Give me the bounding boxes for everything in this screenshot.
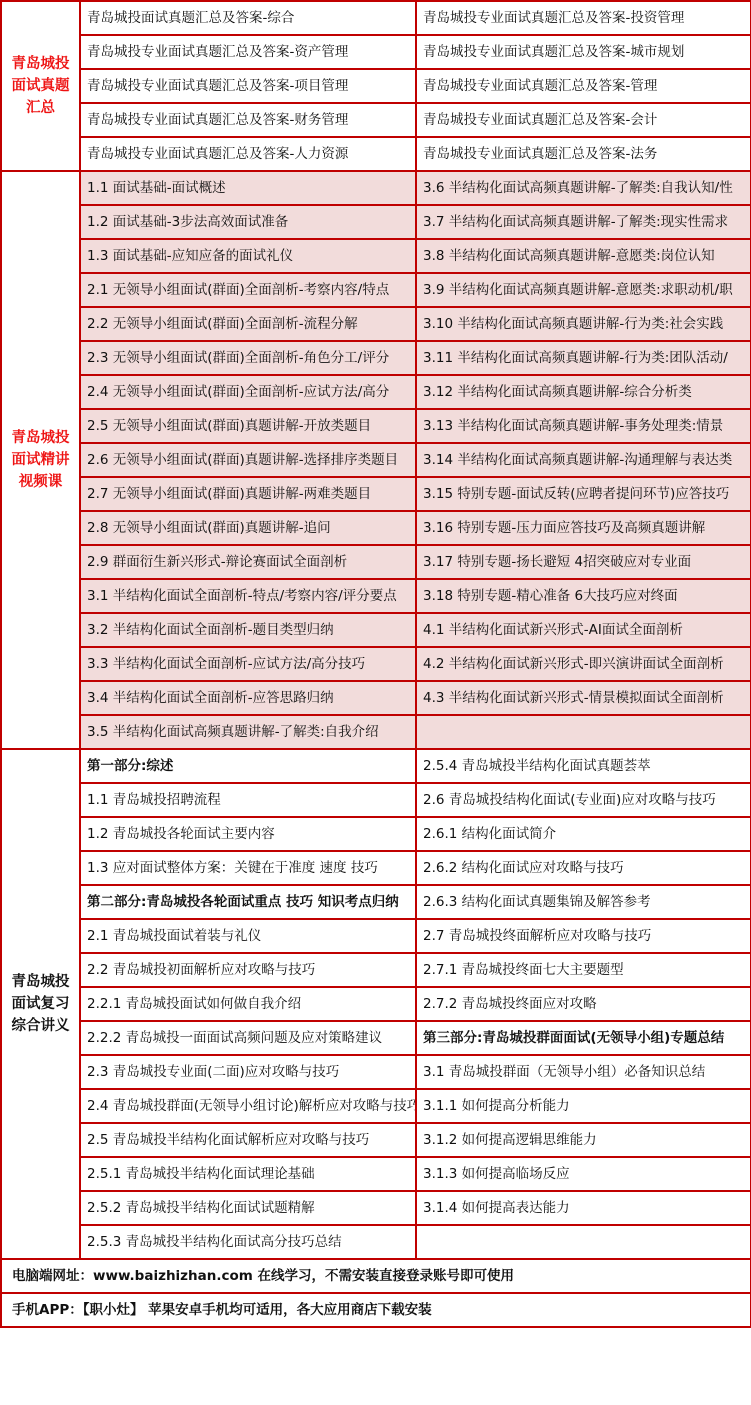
category-label-line: 青岛城投 [2,971,79,993]
video-lesson-link[interactable]: 1.3 面试基础-应知应备的面试礼仪 [80,239,416,273]
section-video-course-row: 2.4 无领导小组面试(群面)全面剖析-应试方法/高分3.12 半结构化面试高频… [1,375,751,409]
video-lesson-link[interactable]: 4.3 半结构化面试新兴形式-情景模拟面试全面剖析 [416,681,751,715]
list-item: 1.2 青岛城投各轮面试主要内容 [80,817,416,851]
list-item: 青岛城投专业面试真题汇总及答案-项目管理 [80,69,416,103]
section-review-handout-row: 2.5.3 青岛城投半结构化面试高分技巧总结 [1,1225,751,1259]
list-item: 2.2.2 青岛城投一面面试高频问题及应对策略建议 [80,1021,416,1055]
section-review-handout-row: 2.2.1 青岛城投面试如何做自我介绍2.7.2 青岛城投终面应对攻略 [1,987,751,1021]
section-video-course-row: 2.8 无领导小组面试(群面)真题讲解-追问3.16 特别专题-压力面应答技巧及… [1,511,751,545]
list-item: 2.4 青岛城投群面(无领导小组讨论)解析应对攻略与技巧 [80,1089,416,1123]
category-label-line: 综合讲义 [2,1015,79,1037]
part-heading: 第二部分:青岛城投各轮面试重点 技巧 知识考点归纳 [80,885,416,919]
list-item: 2.6.3 结构化面试真题集锦及解答参考 [416,885,751,919]
part-heading: 第一部分:综述 [80,749,416,783]
list-item: 1.3 应对面试整体方案：关键在于准度 速度 技巧 [80,851,416,885]
video-lesson-link[interactable]: 2.9 群面衍生新兴形式-辩论赛面试全面剖析 [80,545,416,579]
section-review-handout-row: 2.4 青岛城投群面(无领导小组讨论)解析应对攻略与技巧3.1.1 如何提高分析… [1,1089,751,1123]
section-review-handout-row: 2.5 青岛城投半结构化面试解析应对攻略与技巧3.1.2 如何提高逻辑思维能力 [1,1123,751,1157]
list-item: 青岛城投专业面试真题汇总及答案-资产管理 [80,35,416,69]
list-item: 3.1 青岛城投群面（无领导小组）必备知识总结 [416,1055,751,1089]
video-lesson-link[interactable]: 3.1 半结构化面试全面剖析-特点/考察内容/评分要点 [80,579,416,613]
video-lesson-link[interactable]: 2.5 无领导小组面试(群面)真题讲解-开放类题目 [80,409,416,443]
list-item: 青岛城投专业面试真题汇总及答案-财务管理 [80,103,416,137]
section-review-handout-row: 1.1 青岛城投招聘流程2.6 青岛城投结构化面试(专业面)应对攻略与技巧 [1,783,751,817]
section-review-handout-row: 1.2 青岛城投各轮面试主要内容2.6.1 结构化面试简介 [1,817,751,851]
list-item: 3.1.4 如何提高表达能力 [416,1191,751,1225]
list-item: 青岛城投专业面试真题汇总及答案-人力资源 [80,137,416,171]
section-video-course-row: 2.6 无领导小组面试(群面)真题讲解-选择排序类题目3.14 半结构化面试高频… [1,443,751,477]
footer: 电脑端网址：www.baizhizhan.com 在线学习，不需安装直接登录账号… [1,1259,751,1327]
section-review-handout-row: 2.5.2 青岛城投半结构化面试试题精解3.1.4 如何提高表达能力 [1,1191,751,1225]
video-lesson-link[interactable]: 2.6 无领导小组面试(群面)真题讲解-选择排序类题目 [80,443,416,477]
section-review-handout-row: 2.1 青岛城投面试着装与礼仪2.7 青岛城投终面解析应对攻略与技巧 [1,919,751,953]
list-item: 2.5 青岛城投半结构化面试解析应对攻略与技巧 [80,1123,416,1157]
section-video-course-row: 1.2 面试基础-3步法高效面试准备3.7 半结构化面试高频真题讲解-了解类:现… [1,205,751,239]
list-item: 3.1.1 如何提高分析能力 [416,1089,751,1123]
section-review-handout-row: 2.2 青岛城投初面解析应对攻略与技巧2.7.1 青岛城投终面七大主要题型 [1,953,751,987]
video-lesson-link[interactable]: 1.2 面试基础-3步法高效面试准备 [80,205,416,239]
category-label-line: 青岛城投 [2,53,79,75]
list-item: 2.6 青岛城投结构化面试(专业面)应对攻略与技巧 [416,783,751,817]
section-video-course-row: 2.1 无领导小组面试(群面)全面剖析-考察内容/特点3.9 半结构化面试高频真… [1,273,751,307]
list-item: 2.5.3 青岛城投半结构化面试高分技巧总结 [80,1225,416,1259]
video-lesson-link[interactable]: 4.1 半结构化面试新兴形式-AI面试全面剖析 [416,613,751,647]
section-review-handout-row: 2.3 青岛城投专业面(二面)应对攻略与技巧3.1 青岛城投群面（无领导小组）必… [1,1055,751,1089]
video-lesson-link[interactable]: 3.10 半结构化面试高频真题讲解-行为类:社会实践 [416,307,751,341]
video-lesson-link[interactable]: 3.14 半结构化面试高频真题讲解-沟通理解与表达类 [416,443,751,477]
list-item: 青岛城投专业面试真题汇总及答案-投资管理 [416,1,751,35]
category-label-line: 汇总 [2,97,79,119]
footer-row-app: 手机APP：【职小灶】 苹果安卓手机均可适用，各大应用商店下载安装 [1,1293,751,1327]
section-video-course-row: 2.3 无领导小组面试(群面)全面剖析-角色分工/评分3.11 半结构化面试高频… [1,341,751,375]
video-lesson-link[interactable]: 3.11 半结构化面试高频真题讲解-行为类:团队活动/ [416,341,751,375]
category-label-line: 青岛城投 [2,427,79,449]
video-lesson-link[interactable]: 3.17 特别专题-扬长避短 4招突破应对专业面 [416,545,751,579]
website-info: 电脑端网址：www.baizhizhan.com 在线学习，不需安装直接登录账号… [1,1259,751,1293]
list-item: 2.5.2 青岛城投半结构化面试试题精解 [80,1191,416,1225]
list-item: 2.2 青岛城投初面解析应对攻略与技巧 [80,953,416,987]
section-video-course-row: 青岛城投面试精讲视频课1.1 面试基础-面试概述3.6 半结构化面试高频真题讲解… [1,171,751,205]
section-video-course-row: 3.5 半结构化面试高频真题讲解-了解类:自我介绍 [1,715,751,749]
video-lesson-link[interactable]: 3.6 半结构化面试高频真题讲解-了解类:自我认知/性 [416,171,751,205]
video-lesson-link[interactable]: 2.4 无领导小组面试(群面)全面剖析-应试方法/高分 [80,375,416,409]
list-item: 2.1 青岛城投面试着装与礼仪 [80,919,416,953]
video-lesson-link[interactable]: 3.16 特别专题-压力面应答技巧及高频真题讲解 [416,511,751,545]
section-video-course-row: 3.4 半结构化面试全面剖析-应答思路归纳4.3 半结构化面试新兴形式-情景模拟… [1,681,751,715]
category-label-line: 视频课 [2,471,79,493]
course-table: 青岛城投面试真题汇总青岛城投面试真题汇总及答案-综合青岛城投专业面试真题汇总及答… [0,0,751,1328]
section-exam-summary-row: 青岛城投面试真题汇总青岛城投面试真题汇总及答案-综合青岛城投专业面试真题汇总及答… [1,1,751,35]
course-table-body: 青岛城投面试真题汇总青岛城投面试真题汇总及答案-综合青岛城投专业面试真题汇总及答… [1,1,751,1259]
video-lesson-link[interactable]: 2.3 无领导小组面试(群面)全面剖析-角色分工/评分 [80,341,416,375]
section-review-handout-row: 1.3 应对面试整体方案：关键在于准度 速度 技巧2.6.2 结构化面试应对攻略… [1,851,751,885]
video-lesson-link[interactable]: 3.5 半结构化面试高频真题讲解-了解类:自我介绍 [80,715,416,749]
list-item: 2.5.1 青岛城投半结构化面试理论基础 [80,1157,416,1191]
list-item: 2.3 青岛城投专业面(二面)应对攻略与技巧 [80,1055,416,1089]
video-lesson-link[interactable]: 3.15 特别专题-面试反转(应聘者提问环节)应答技巧 [416,477,751,511]
list-item: 2.5.4 青岛城投半结构化面试真题荟萃 [416,749,751,783]
list-item: 青岛城投面试真题汇总及答案-综合 [80,1,416,35]
section-exam-summary-row: 青岛城投专业面试真题汇总及答案-人力资源青岛城投专业面试真题汇总及答案-法务 [1,137,751,171]
empty-cell [416,1225,751,1259]
list-item: 青岛城投专业面试真题汇总及答案-城市规划 [416,35,751,69]
video-lesson-link[interactable]: 3.12 半结构化面试高频真题讲解-综合分析类 [416,375,751,409]
part-heading: 第三部分:青岛城投群面面试(无领导小组)专题总结 [416,1021,751,1055]
section-review-handout-row: 第二部分:青岛城投各轮面试重点 技巧 知识考点归纳2.6.3 结构化面试真题集锦… [1,885,751,919]
list-item: 青岛城投专业面试真题汇总及答案-会计 [416,103,751,137]
section-exam-summary-row: 青岛城投专业面试真题汇总及答案-项目管理青岛城投专业面试真题汇总及答案-管理 [1,69,751,103]
video-lesson-link[interactable]: 2.8 无领导小组面试(群面)真题讲解-追问 [80,511,416,545]
list-item: 2.6.2 结构化面试应对攻略与技巧 [416,851,751,885]
video-lesson-link[interactable]: 3.18 特别专题-精心准备 6大技巧应对终面 [416,579,751,613]
section-video-course-row: 2.9 群面衍生新兴形式-辩论赛面试全面剖析3.17 特别专题-扬长避短 4招突… [1,545,751,579]
list-item: 2.7.1 青岛城投终面七大主要题型 [416,953,751,987]
section-exam-summary-row: 青岛城投专业面试真题汇总及答案-资产管理青岛城投专业面试真题汇总及答案-城市规划 [1,35,751,69]
category-label-line: 面试精讲 [2,449,79,471]
video-lesson-link[interactable]: 3.13 半结构化面试高频真题讲解-事务处理类:情景 [416,409,751,443]
section-video-course-row: 3.1 半结构化面试全面剖析-特点/考察内容/评分要点3.18 特别专题-精心准… [1,579,751,613]
category-label-line: 面试真题 [2,75,79,97]
category-label: 青岛城投面试真题汇总 [1,1,80,171]
footer-row-website: 电脑端网址：www.baizhizhan.com 在线学习，不需安装直接登录账号… [1,1259,751,1293]
list-item: 3.1.3 如何提高临场反应 [416,1157,751,1191]
list-item: 2.2.1 青岛城投面试如何做自我介绍 [80,987,416,1021]
app-info: 手机APP：【职小灶】 苹果安卓手机均可适用，各大应用商店下载安装 [1,1293,751,1327]
list-item: 2.7.2 青岛城投终面应对攻略 [416,987,751,1021]
section-video-course-row: 2.2 无领导小组面试(群面)全面剖析-流程分解3.10 半结构化面试高频真题讲… [1,307,751,341]
section-review-handout-row: 2.2.2 青岛城投一面面试高频问题及应对策略建议第三部分:青岛城投群面面试(无… [1,1021,751,1055]
section-review-handout-row: 2.5.1 青岛城投半结构化面试理论基础3.1.3 如何提高临场反应 [1,1157,751,1191]
video-lesson-link[interactable]: 4.2 半结构化面试新兴形式-即兴演讲面试全面剖析 [416,647,751,681]
section-video-course-row: 2.5 无领导小组面试(群面)真题讲解-开放类题目3.13 半结构化面试高频真题… [1,409,751,443]
video-lesson-link[interactable]: 2.1 无领导小组面试(群面)全面剖析-考察内容/特点 [80,273,416,307]
video-lesson-link[interactable]: 3.3 半结构化面试全面剖析-应试方法/高分技巧 [80,647,416,681]
section-video-course-row: 3.2 半结构化面试全面剖析-题目类型归纳4.1 半结构化面试新兴形式-AI面试… [1,613,751,647]
video-lesson-link[interactable]: 3.2 半结构化面试全面剖析-题目类型归纳 [80,613,416,647]
section-video-course-row: 3.3 半结构化面试全面剖析-应试方法/高分技巧4.2 半结构化面试新兴形式-即… [1,647,751,681]
section-video-course-row: 1.3 面试基础-应知应备的面试礼仪3.8 半结构化面试高频真题讲解-意愿类:岗… [1,239,751,273]
empty-cell [416,715,751,749]
video-lesson-link[interactable]: 3.7 半结构化面试高频真题讲解-了解类:现实性需求 [416,205,751,239]
list-item: 2.6.1 结构化面试简介 [416,817,751,851]
category-label-line: 面试复习 [2,993,79,1015]
video-lesson-link[interactable]: 3.4 半结构化面试全面剖析-应答思路归纳 [80,681,416,715]
list-item: 1.1 青岛城投招聘流程 [80,783,416,817]
list-item: 2.7 青岛城投终面解析应对攻略与技巧 [416,919,751,953]
section-video-course-row: 2.7 无领导小组面试(群面)真题讲解-两难类题目3.15 特别专题-面试反转(… [1,477,751,511]
video-lesson-link[interactable]: 3.8 半结构化面试高频真题讲解-意愿类:岗位认知 [416,239,751,273]
section-exam-summary-row: 青岛城投专业面试真题汇总及答案-财务管理青岛城投专业面试真题汇总及答案-会计 [1,103,751,137]
video-lesson-link[interactable]: 3.9 半结构化面试高频真题讲解-意愿类:求职动机/职 [416,273,751,307]
video-lesson-link[interactable]: 2.2 无领导小组面试(群面)全面剖析-流程分解 [80,307,416,341]
section-review-handout-row: 青岛城投面试复习综合讲义第一部分:综述2.5.4 青岛城投半结构化面试真题荟萃 [1,749,751,783]
category-label: 青岛城投面试复习综合讲义 [1,749,80,1259]
category-label: 青岛城投面试精讲视频课 [1,171,80,749]
list-item: 青岛城投专业面试真题汇总及答案-法务 [416,137,751,171]
video-lesson-link[interactable]: 2.7 无领导小组面试(群面)真题讲解-两难类题目 [80,477,416,511]
list-item: 3.1.2 如何提高逻辑思维能力 [416,1123,751,1157]
list-item: 青岛城投专业面试真题汇总及答案-管理 [416,69,751,103]
video-lesson-link[interactable]: 1.1 面试基础-面试概述 [80,171,416,205]
